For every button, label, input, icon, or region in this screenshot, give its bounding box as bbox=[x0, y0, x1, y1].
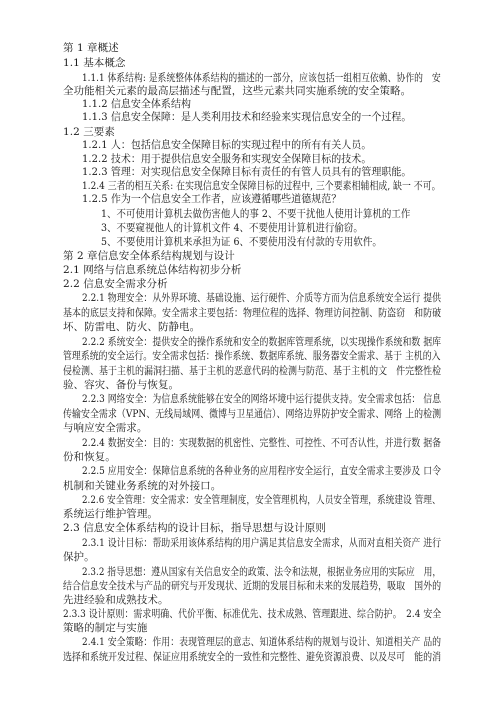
text-line: 第 2 章信息安全体系结构规划与设计 bbox=[63, 250, 441, 263]
text-line: 验、容灾、备份与恢复。 bbox=[63, 379, 441, 392]
text-line: 1.1.2 信息安全体系结构 bbox=[82, 98, 441, 111]
text-line: 2.2.6 安全管理：安全需求：安全管理制度，安全管理机构，人员安全管理，系统建… bbox=[82, 494, 394, 507]
text-line: 2.2 信息安全需求分析 bbox=[63, 278, 441, 291]
text-line: 1.2.4 三者的相互关系: 在实现信息安全保障目标的过程中, 三个要素相辅相成… bbox=[82, 180, 402, 193]
text-line: 1、不可使用计算机去做伤害他人的事 2、不要干扰他人使用计算机的工作 bbox=[101, 208, 441, 221]
text-line: 坏、防雷电、防火、防静电。 bbox=[63, 321, 441, 334]
text-line: 2.2.5 应用安全：保障信息系统的各种业务的应用程序安全运行，直安全需求主要涉… bbox=[82, 465, 402, 478]
text-line: 1.1 基本概念 bbox=[63, 57, 441, 70]
text-line: 2.2.2 系统安全：提供安全的操作系统和安全的数据库管理系统，以实现操作系统和… bbox=[82, 336, 402, 349]
text-line: 1.1.1 体系结构: 是系统整体体系结构的描述的一部分，应该包括一组相互依赖、… bbox=[82, 72, 399, 85]
text-line: 基本的底层支持和保障。安全需求主要包括：物理位程的选择、物理访问控制、防盗窃 和… bbox=[63, 307, 386, 320]
text-line: 2.3.3 设计原则：需求明确、代价平衡、标准优先、技术成熟、管理跟进、综合防护… bbox=[63, 608, 383, 621]
text-line: 5、不要使用计算机来承担为证 6、不要使用没有付款的专用软件。 bbox=[101, 236, 441, 249]
text-line: 传输安全需求（VPN、无线局域网、微博与卫星通信）、网络边界防护安全需求、网络 … bbox=[63, 408, 385, 421]
text-line: 1.2 三要素 bbox=[63, 126, 441, 139]
text-line: 2.2.1 物理安全：从外界环境、基础设施、运行硬件、介质等方而为信息系统安全运… bbox=[82, 292, 402, 305]
text-line: 1.2.3 管理：对实现信息安全保障目标有责任的有管人员具有的管理职能。 bbox=[82, 166, 441, 179]
text-line: 全功能相关元素的最高层描述与配置，这些元素共同实施系统的安全策略。 bbox=[63, 85, 441, 98]
text-line: 份和恢复。 bbox=[63, 451, 441, 464]
text-line: 2.2.4 数据安全：目的：实现数据的机密性、完整性、可控性、不可否认性，并进行… bbox=[82, 437, 402, 450]
text-line: 第 1 章概述 bbox=[63, 42, 441, 55]
document-page: 第 1 章概述1.1 基本概念1.1.1 体系结构: 是系统整体体系结构的描述的… bbox=[0, 0, 503, 711]
text-line: 系统运行维护管理。 bbox=[63, 508, 441, 521]
text-line: 先进经验和成熟技术。 bbox=[63, 594, 441, 607]
text-line: 与响应安全需求。 bbox=[63, 422, 441, 435]
text-line: 2.2.3 网络安全：为信息系统能够在安全的网络坏境中运行提供支持。安全需求包括… bbox=[82, 393, 402, 406]
text-line: 1.2.1 人：包括信息安全保障目标的实现过程中的所有有关人员。 bbox=[82, 139, 441, 152]
text-line: 2.3.2 指导思想：遵从国家有关信息安全的政策、法令和法规，根据业务应用的实际… bbox=[82, 566, 397, 579]
text-line: 1.2.5 作为一个信息安全工作者，应该遵循哪些道德规范？ bbox=[82, 193, 441, 206]
text-line: 管理系统的安全运行。安全需求包括：操作系统、数据库系统、服务器安全需求、基于 主… bbox=[63, 350, 383, 363]
text-line: 选择和系统开发过程、保证应用系统安全的一致性和完整性、避免资源浪费、以及尽可 能… bbox=[63, 651, 386, 664]
text-line: 侵检测、基于主机的漏洞扫描、基于主机的恶意代码的检测与防范、基于主机的文 件完整… bbox=[63, 365, 386, 378]
text-line: 2.3 信息安全体系结构的设计目标，指导思想与设计原则 bbox=[63, 522, 441, 535]
text-line: 保护。 bbox=[63, 551, 441, 564]
text-line: 1.2.2 技术：用于提供信息安全服务和实现安全保障目标的技术。 bbox=[82, 153, 441, 166]
text-line: 2.3.1 设计目标：帮助采用该体系结构的用户满足其信息安全需求，从而对直相关资… bbox=[82, 537, 402, 550]
text-line: 2.4.1 安全策略：作用：表现管理层的意志、知道体系结构的规划与设计、知道相关… bbox=[82, 636, 402, 649]
text-line: 策略的制定与实施 bbox=[63, 622, 441, 635]
text-line: 1.1.3 信息安全保障：是人类利用技术和经验来实现信息安全的一个过程。 bbox=[82, 111, 441, 124]
text-line: 2.1 网络与信息系统总体结构初步分析 bbox=[63, 264, 441, 277]
text-line: 3、不要窥视他人的计算机文件 4、不要使用计算机进行偷窃。 bbox=[101, 222, 441, 235]
text-line: 机制和关键业务系统的对外接口。 bbox=[63, 480, 441, 493]
text-line: 结合信息安全技术与产品的研究与开发现状、近期的发展目标和未来的发展趋势，吸取 国… bbox=[63, 580, 386, 593]
